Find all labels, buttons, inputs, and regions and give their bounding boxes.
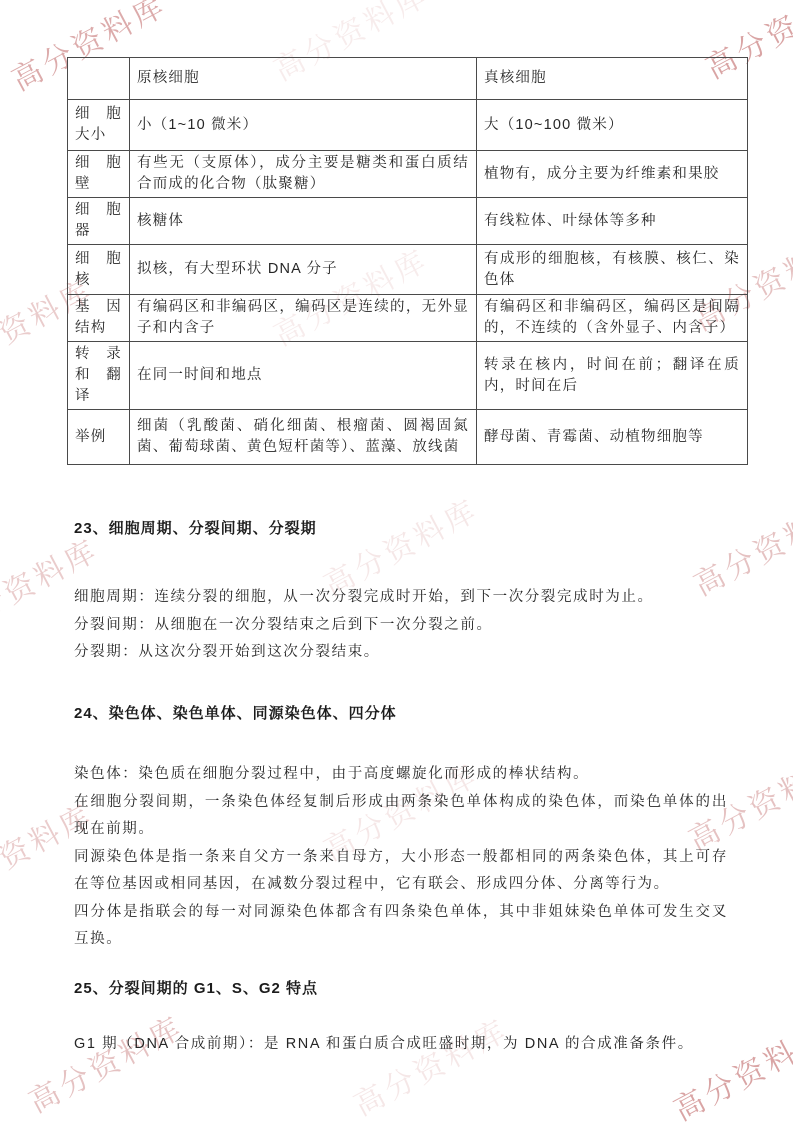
table-row: 举例 细菌（乳酸菌、硝化细菌、根瘤菌、圆褐固氮菌、葡萄球菌、黄色短杆菌等）、蓝藻… — [68, 410, 748, 465]
eukaryote-cell: 转录在核内，时间在前；翻译在质内，时间在后 — [477, 342, 748, 410]
prokaryote-cell: 拟核，有大型环状 DNA 分子 — [130, 245, 477, 295]
row-label: 细胞器 — [68, 198, 130, 245]
table-row: 细胞器 核糖体 有线粒体、叶绿体等多种 — [68, 198, 748, 245]
row-label: 举例 — [68, 410, 130, 465]
eukaryote-cell: 有成形的细胞核，有核膜、核仁、染色体 — [477, 245, 748, 295]
section-24-body: 染色体：染色质在细胞分裂过程中，由于高度螺旋化而形成的棒状结构。 在细胞分裂间期… — [74, 761, 728, 954]
prokaryote-cell: 细菌（乳酸菌、硝化细菌、根瘤菌、圆褐固氮菌、葡萄球菌、黄色短杆菌等）、蓝藻、放线… — [130, 410, 477, 465]
prokaryote-cell: 在同一时间和地点 — [130, 342, 477, 410]
section-25-heading: 25、分裂间期的 G1、S、G2 特点 — [74, 977, 728, 998]
row-label: 转录和翻译 — [68, 342, 130, 410]
paragraph: 细胞周期：连续分裂的细胞，从一次分裂完成时开始，到下一次分裂完成时为止。 — [74, 584, 728, 612]
document-page: 高分资料库 高分资料库 高分资料库 高分资料库 高分资料库 高分资料库 高分资料… — [0, 0, 793, 1122]
eukaryote-cell: 有线粒体、叶绿体等多种 — [477, 198, 748, 245]
watermark: 高分资料库 — [20, 1003, 191, 1122]
paragraph: 染色体：染色质在细胞分裂过程中，由于高度螺旋化而形成的棒状结构。 — [74, 761, 728, 789]
eukaryote-cell: 有编码区和非编码区，编码区是间隔的，不连续的（含外显子、内含子） — [477, 295, 748, 342]
row-label: 基因结构 — [68, 295, 130, 342]
paragraph: 在细胞分裂间期，一条染色体经复制后形成由两条染色单体构成的染色体，而染色单体的出… — [74, 789, 728, 844]
section-23-body: 细胞周期：连续分裂的细胞，从一次分裂完成时开始，到下一次分裂完成时为止。 分裂间… — [74, 584, 728, 667]
prokaryote-cell: 小（1~10 微米） — [130, 100, 477, 151]
row-label: 细胞大小 — [68, 100, 130, 151]
section-25-body: G1 期（DNA 合成前期）：是 RNA 和蛋白质合成旺盛时期，为 DNA 的合… — [74, 1031, 728, 1059]
eukaryote-cell: 酵母菌、青霉菌、动植物细胞等 — [477, 410, 748, 465]
section-23-heading: 23、细胞周期、分裂间期、分裂期 — [74, 517, 728, 538]
watermark: 高分资料库 — [345, 1006, 516, 1122]
table-header-row: 原核细胞 真核细胞 — [68, 58, 748, 100]
paragraph: 分裂间期：从细胞在一次分裂结束之后到下一次分裂之前。 — [74, 612, 728, 640]
paragraph: 同源染色体是指一条来自父方一条来自母方，大小形态一般都相同的两条染色体，其上可存… — [74, 844, 728, 899]
column-header-eukaryote: 真核细胞 — [477, 58, 748, 100]
paragraph: G1 期（DNA 合成前期）：是 RNA 和蛋白质合成旺盛时期，为 DNA 的合… — [74, 1031, 728, 1059]
table-row: 转录和翻译 在同一时间和地点 转录在核内，时间在前；翻译在质内，时间在后 — [68, 342, 748, 410]
table-row: 细胞核 拟核，有大型环状 DNA 分子 有成形的细胞核，有核膜、核仁、染色体 — [68, 245, 748, 295]
section-24-heading: 24、染色体、染色单体、同源染色体、四分体 — [74, 702, 728, 723]
eukaryote-cell: 植物有，成分主要为纤维素和果胶 — [477, 151, 748, 198]
paragraph: 分裂期：从这次分裂开始到这次分裂结束。 — [74, 639, 728, 667]
corner-cell — [68, 58, 130, 100]
eukaryote-cell: 大（10~100 微米） — [477, 100, 748, 151]
prokaryote-cell: 有些无（支原体），成分主要是糖类和蛋白质结合而成的化合物（肽聚糖） — [130, 151, 477, 198]
watermark: 高分资料库 — [665, 1011, 793, 1122]
column-header-prokaryote: 原核细胞 — [130, 58, 477, 100]
table-row: 细胞壁 有些无（支原体），成分主要是糖类和蛋白质结合而成的化合物（肽聚糖） 植物… — [68, 151, 748, 198]
row-label: 细胞壁 — [68, 151, 130, 198]
paragraph: 四分体是指联会的每一对同源染色体都含有四条染色单体，其中非姐妹染色单体可发生交叉… — [74, 899, 728, 954]
prokaryote-cell: 核糖体 — [130, 198, 477, 245]
comparison-table: 原核细胞 真核细胞 细胞大小 小（1~10 微米） 大（10~100 微米） 细… — [67, 57, 748, 465]
table-row: 基因结构 有编码区和非编码区，编码区是连续的，无外显子和内含子 有编码区和非编码… — [68, 295, 748, 342]
row-label: 细胞核 — [68, 245, 130, 295]
table-row: 细胞大小 小（1~10 微米） 大（10~100 微米） — [68, 100, 748, 151]
prokaryote-cell: 有编码区和非编码区，编码区是连续的，无外显子和内含子 — [130, 295, 477, 342]
